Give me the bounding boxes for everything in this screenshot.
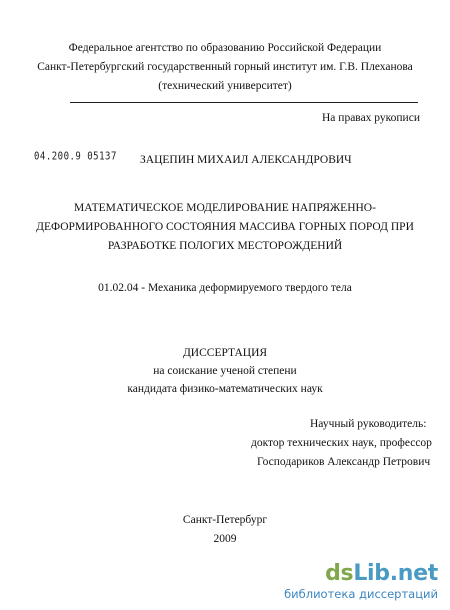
city: Санкт-Петербург (0, 513, 450, 527)
dissertation-purpose: на соискание ученой степени (0, 364, 450, 378)
dslib-watermark[interactable]: dsLib.net библиотека диссертаций (284, 562, 438, 601)
supervisor-credentials: доктор технических наук, профессор (251, 436, 432, 450)
manuscript-rights: На правах рукописи (322, 111, 420, 125)
logo-lib: Lib.net (353, 561, 438, 586)
dslib-logo[interactable]: dsLib.net (284, 562, 438, 586)
institute-name: Санкт-Петербургский государственный горн… (0, 60, 450, 74)
author-name: ЗАЦЕПИН МИХАИЛ АЛЕКСАНДРОВИЧ (140, 153, 352, 167)
dissertation-degree: кандидата физико-математических наук (0, 382, 450, 396)
institute-type: (технический университет) (0, 79, 450, 93)
title-line-2: ДЕФОРМИРОВАННОГО СОСТОЯНИЯ МАССИВА ГОРНЫ… (0, 220, 450, 234)
supervisor-label: Научный руководитель: (310, 417, 426, 431)
logo-ds: ds (325, 561, 353, 586)
title-line-3: РАЗРАБОТКЕ ПОЛОГИХ МЕСТОРОЖДЕНИЙ (0, 239, 450, 253)
library-stamp: 04.200.9 05137 (34, 151, 117, 163)
title-line-1: МАТЕМАТИЧЕСКОЕ МОДЕЛИРОВАНИЕ НАПРЯЖЕННО- (0, 201, 450, 215)
year: 2009 (0, 532, 450, 546)
header-divider (70, 102, 418, 103)
watermark-subtitle: библиотека диссертаций (284, 587, 438, 601)
dissertation-label: ДИССЕРТАЦИЯ (0, 346, 450, 360)
specialty: 01.02.04 - Механика деформируемого тверд… (0, 281, 450, 295)
agency-name: Федеральное агентство по образованию Рос… (0, 41, 450, 55)
supervisor-name: Господариков Александр Петрович (257, 455, 430, 469)
